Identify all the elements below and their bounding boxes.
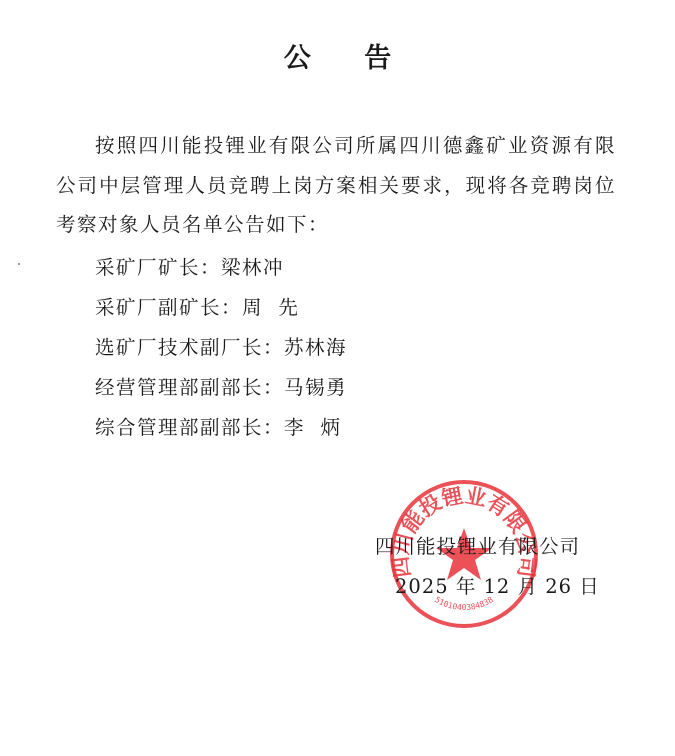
document-title: 公 告 bbox=[0, 36, 675, 75]
candidate-name: 周 先 bbox=[242, 296, 299, 319]
appointment-list: 采矿厂矿长：梁林冲 采矿厂副矿长：周 先 选矿厂技术副厂长：苏林海 经营管理部副… bbox=[95, 248, 347, 448]
scan-artifact bbox=[18, 263, 20, 265]
position-label: 经营管理部副部长： bbox=[95, 376, 284, 399]
issuing-organization: 四川能投锂业有限公司 bbox=[375, 527, 600, 567]
issue-date: 2025 年 12 月 26 日 bbox=[375, 567, 600, 607]
position-label: 综合管理部副部长： bbox=[95, 416, 284, 439]
appointment-item: 选矿厂技术副厂长：苏林海 bbox=[95, 328, 347, 368]
intro-section: 按照四川能投锂业有限公司所属四川德鑫矿业资源有限公司中层管理人员竞聘上岗方案相关… bbox=[56, 126, 616, 245]
appointment-item: 采矿厂矿长：梁林冲 bbox=[95, 248, 347, 288]
appointment-item: 综合管理部副部长：李 炳 bbox=[95, 408, 347, 448]
position-label: 采矿厂矿长： bbox=[95, 256, 221, 279]
signature-block: 四川能投锂业有限公司 2025 年 12 月 26 日 bbox=[375, 527, 600, 607]
candidate-name: 梁林冲 bbox=[221, 256, 284, 279]
position-label: 选矿厂技术副厂长： bbox=[95, 336, 284, 359]
candidate-name: 苏林海 bbox=[284, 336, 347, 359]
intro-paragraph: 按照四川能投锂业有限公司所属四川德鑫矿业资源有限公司中层管理人员竞聘上岗方案相关… bbox=[56, 126, 616, 245]
appointment-item: 经营管理部副部长：马锡勇 bbox=[95, 368, 347, 408]
position-label: 采矿厂副矿长： bbox=[95, 296, 242, 319]
candidate-name: 李 炳 bbox=[284, 416, 341, 439]
appointment-item: 采矿厂副矿长：周 先 bbox=[95, 288, 347, 328]
candidate-name: 马锡勇 bbox=[284, 376, 347, 399]
